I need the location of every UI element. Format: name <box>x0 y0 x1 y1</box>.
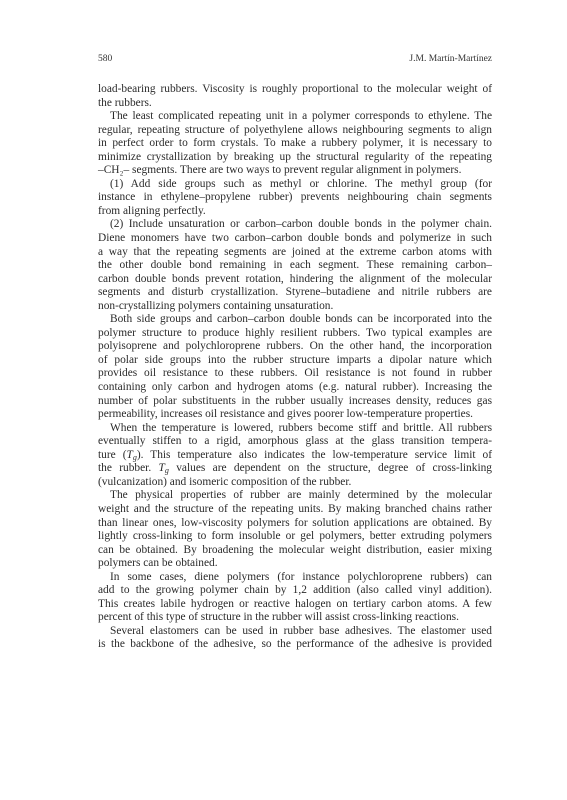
body-text: load-bearing rubbers. Viscosity is rough… <box>98 83 492 652</box>
text-line: eventually stiffen to a rigid, amorphous… <box>98 435 492 449</box>
text-line: non-crystallizing polymers containing un… <box>98 300 492 314</box>
text-line: Diene monomers have two carbon–carbon do… <box>98 232 492 246</box>
text-line: –CH₂– segments. There are two ways to pr… <box>98 164 492 178</box>
text-line: the other double bond remaining in each … <box>98 259 492 273</box>
text-line: in perfect order to form crystals. To ma… <box>98 137 492 151</box>
text-line: from aligning perfectly. <box>98 205 492 219</box>
text-line: This creates labile hydrogen or reactive… <box>98 598 492 612</box>
text-line: (1) Add side groups such as methyl or ch… <box>98 178 492 192</box>
text-line: (2) Include unsaturation or carbon–carbo… <box>98 218 492 232</box>
text-line: instance in ethylene–propylene rubber) p… <box>98 191 492 205</box>
text-line: load-bearing rubbers. Viscosity is rough… <box>98 83 492 97</box>
text-line: When the temperature is lowered, rubbers… <box>98 422 492 436</box>
text-line: minimize crystallization by breaking up … <box>98 151 492 165</box>
text-line: is the backbone of the adhesive, so the … <box>98 638 492 652</box>
text-line: polyisoprene and polychloroprene rubbers… <box>98 340 492 354</box>
text-line: polymer structure to produce highly resi… <box>98 327 492 341</box>
text-line: of polar side groups into the rubber str… <box>98 354 492 368</box>
text-line: provides oil resistance to these rubbers… <box>98 367 492 381</box>
text-line: permeability, increases oil resistance a… <box>98 408 492 422</box>
text-line: The physical properties of rubber are ma… <box>98 489 492 503</box>
text-line: segments and disturb crystallization. St… <box>98 286 492 300</box>
text-line: Several elastomers can be used in rubber… <box>98 625 492 639</box>
text-line: the rubber. Tg values are dependent on t… <box>98 462 492 476</box>
text-line: lightly cross-linking to form insoluble … <box>98 530 492 544</box>
text-line: Both side groups and carbon–carbon doubl… <box>98 313 492 327</box>
running-head-author: J.M. Martín-Martínez <box>409 53 492 65</box>
text-line: can be obtained. By broadening the molec… <box>98 544 492 558</box>
text-line: a way that the repeating segments are jo… <box>98 246 492 260</box>
text-line: number of polar substituents in the rubb… <box>98 395 492 409</box>
text-line: ture (Tg). This temperature also indicat… <box>98 449 492 463</box>
text-line: regular, repeating structure of polyethy… <box>98 124 492 138</box>
text-line: than linear ones, low-viscosity polymers… <box>98 517 492 531</box>
text-line: weight and the structure of the repeatin… <box>98 503 492 517</box>
text-line: In some cases, diene polymers (for insta… <box>98 571 492 585</box>
text-line: percent of this type of structure in the… <box>98 611 492 625</box>
text-line: (vulcanization) and isomeric composition… <box>98 476 492 490</box>
page-number: 580 <box>98 53 112 65</box>
text-line: add to the growing polymer chain by 1,2 … <box>98 584 492 598</box>
text-line: carbon double bonds prevent rotation, hi… <box>98 273 492 287</box>
document-page: 580 J.M. Martín-Martínez load-bearing ru… <box>0 0 567 800</box>
text-line: The least complicated repeating unit in … <box>98 110 492 124</box>
text-line: the rubbers. <box>98 97 492 111</box>
text-line: containing only carbon and hydrogen atom… <box>98 381 492 395</box>
text-line: polymers can be obtained. <box>98 557 492 571</box>
